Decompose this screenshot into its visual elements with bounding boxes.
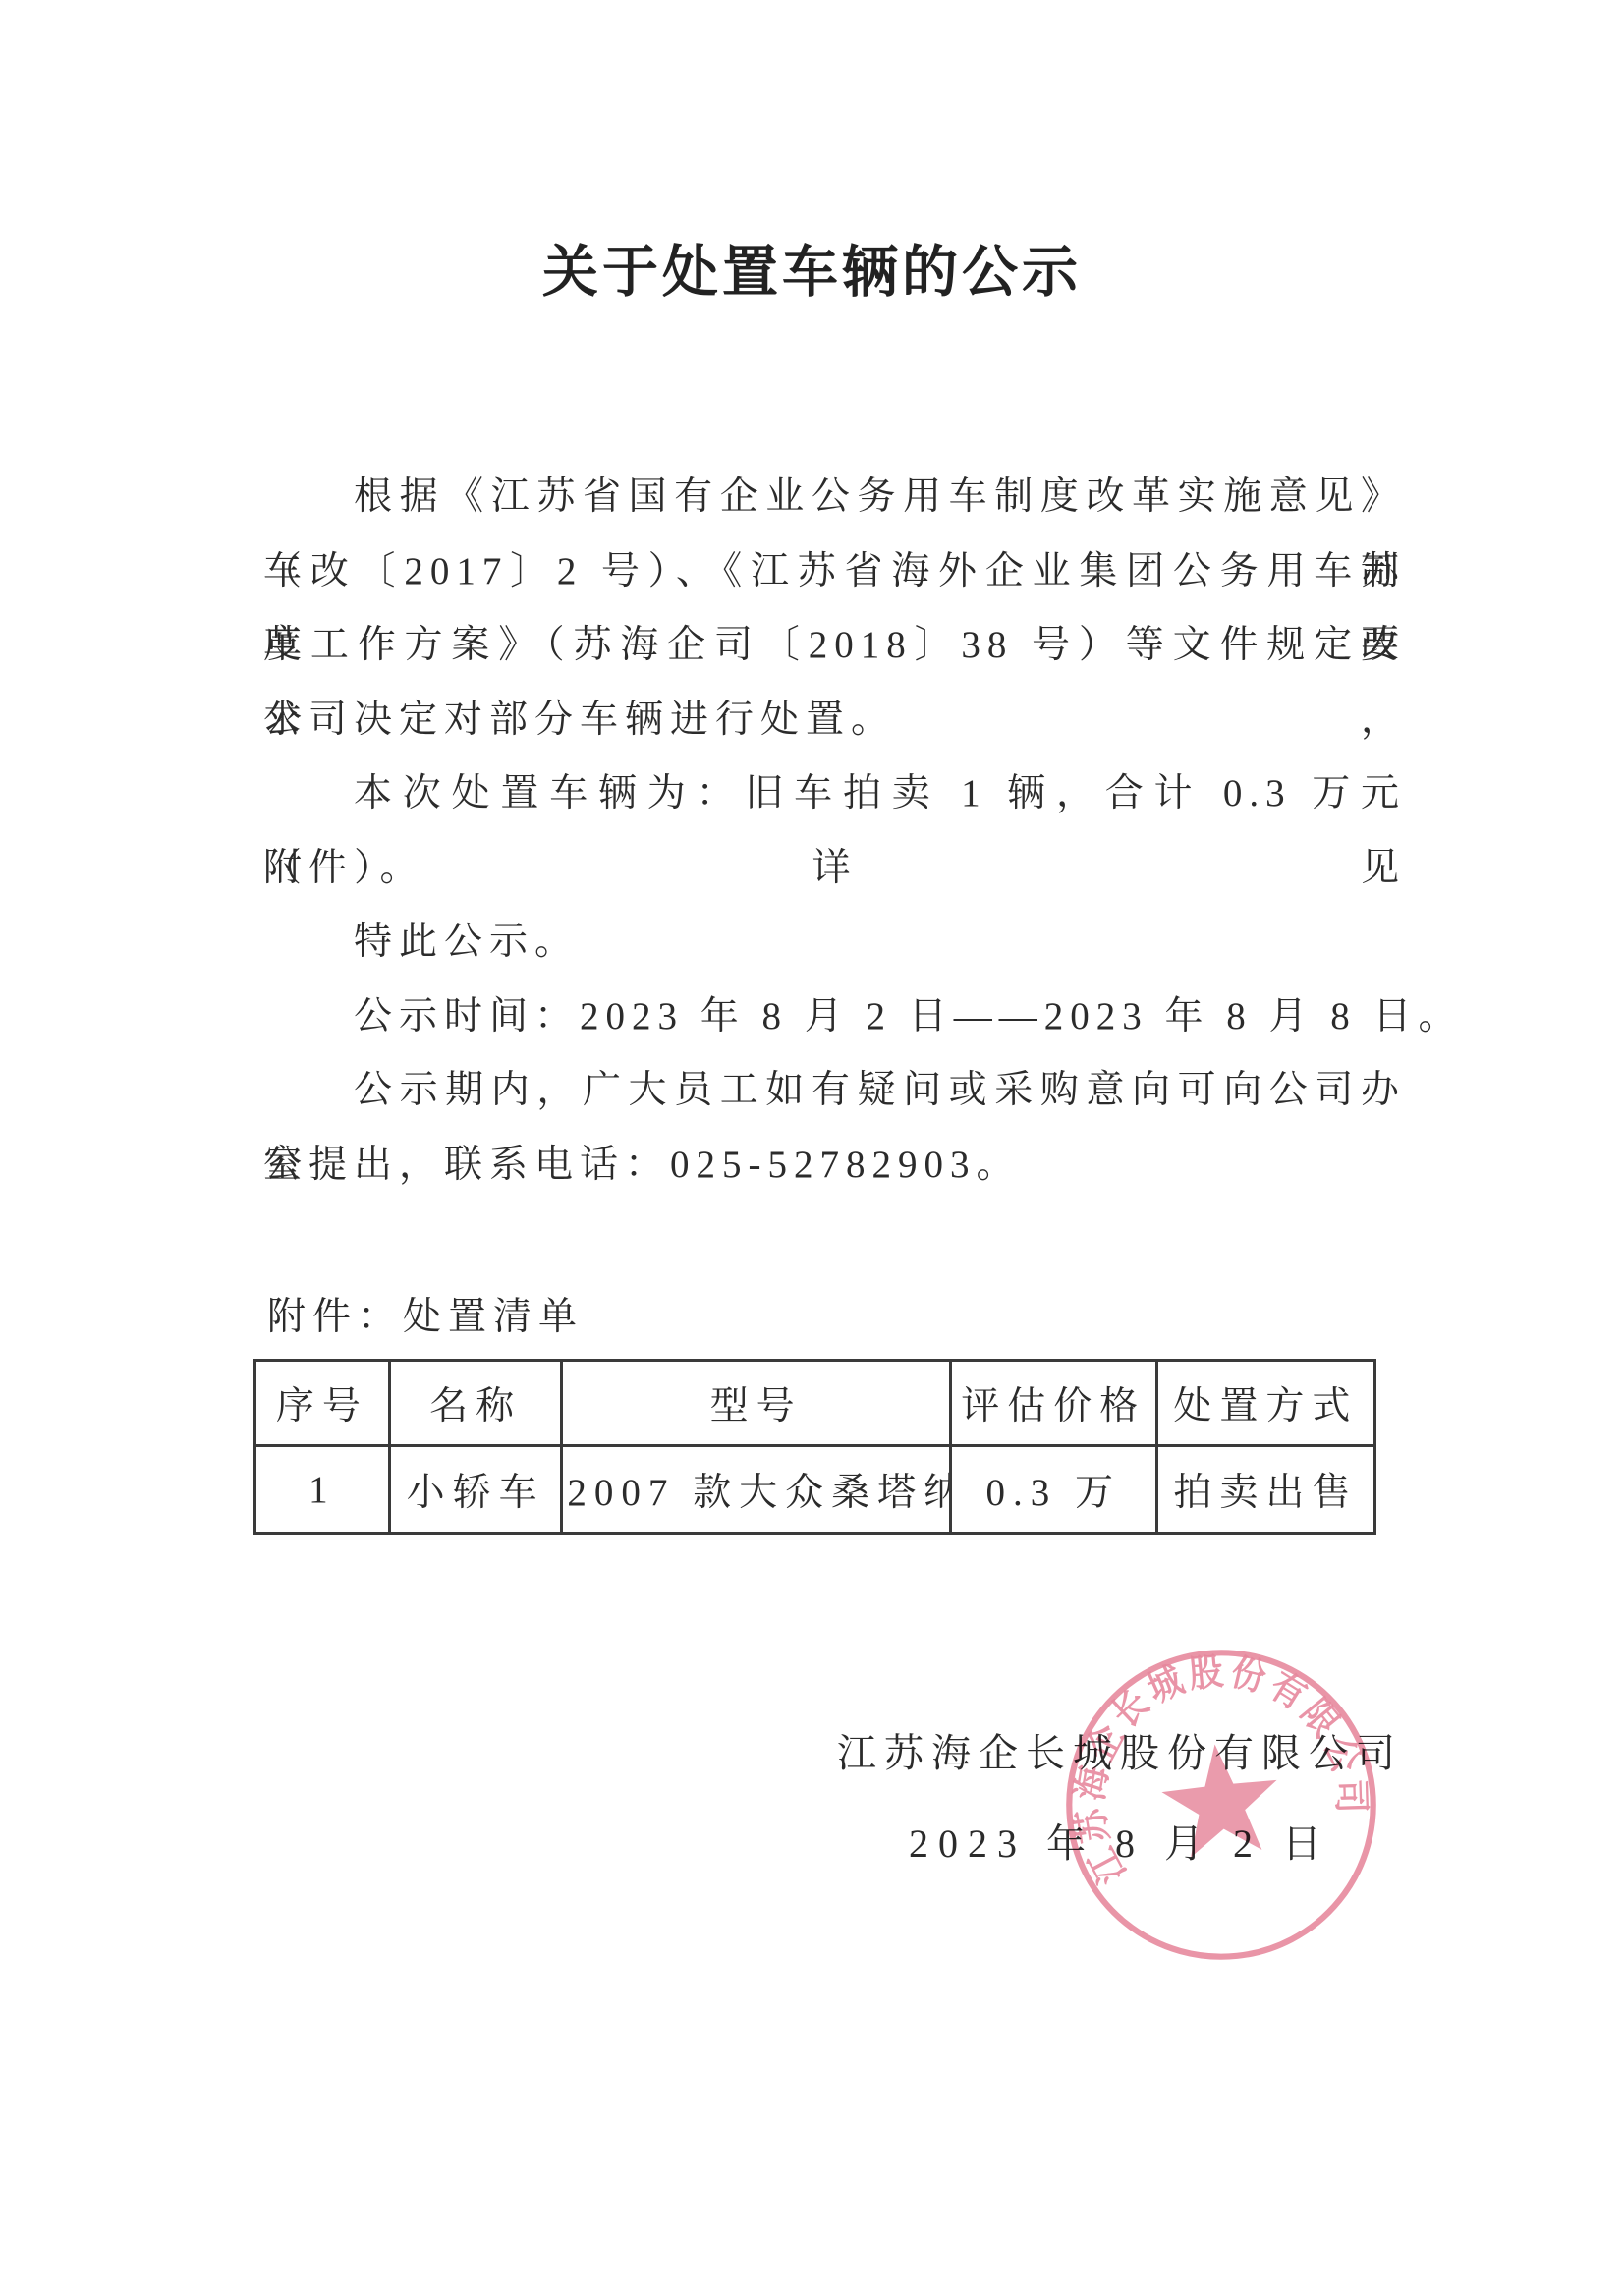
header-cell-index: 序号 [255,1361,390,1446]
cell-index: 1 [255,1446,390,1534]
header-cell-price: 评估价格 [950,1361,1156,1446]
cell-model: 2007 款大众桑塔纳 [562,1446,951,1534]
notice-body: 根据《江苏省国有企业公务用车制度改革实施意见》（苏 车改〔2017〕2 号）、《… [263,460,1406,1202]
table-row: 1 小轿车 2007 款大众桑塔纳 0.3 万 拍卖出售 [255,1446,1375,1534]
signature-block: 江苏海企长城股份有限公司 2023 年 8 月 2 日 [825,1716,1415,1881]
body-line: 本次处置车辆为：旧车拍卖 1 辆，合计 0.3 万元（详见 [263,756,1406,831]
header-cell-model: 型号 [562,1361,951,1446]
cell-method: 拍卖出售 [1156,1446,1374,1534]
cell-price: 0.3 万 [950,1446,1156,1534]
attachment-label: 附件：处置清单 [267,1280,584,1354]
body-line: 室提出，联系电话：025-52782903。 [263,1128,1406,1203]
body-line: 车改〔2017〕2 号）、《江苏省海外企业集团公务用车制度改 [263,534,1406,609]
body-line: 公示时间：2023 年 8 月 2 日——2023 年 8 月 8 日。 [263,980,1406,1054]
body-line: 革工作方案》（苏海企司〔2018〕38 号）等文件规定要求， [263,608,1406,683]
disposal-list-table: 序号 名称 型号 评估价格 处置方式 1 小轿车 2007 款大众桑塔纳 0.3… [253,1359,1376,1535]
signature-company-name: 江苏海企长城股份有限公司 [825,1716,1415,1791]
table-header-row: 序号 名称 型号 评估价格 处置方式 [255,1361,1375,1446]
cell-name: 小轿车 [389,1446,562,1534]
header-cell-name: 名称 [389,1361,562,1446]
body-line: 特此公示。 [263,905,1406,980]
signature-date: 2023 年 8 月 2 日 [825,1807,1415,1881]
body-line: 根据《江苏省国有企业公务用车制度改革实施意见》（苏 [263,460,1406,534]
notice-document-page: 关于处置车辆的公示 根据《江苏省国有企业公务用车制度改革实施意见》（苏 车改〔2… [0,0,1624,2295]
header-cell-method: 处置方式 [1156,1361,1374,1446]
page-title: 关于处置车辆的公示 [0,239,1624,308]
body-line: 公示期内，广大员工如有疑问或采购意向可向公司办公 [263,1053,1406,1128]
